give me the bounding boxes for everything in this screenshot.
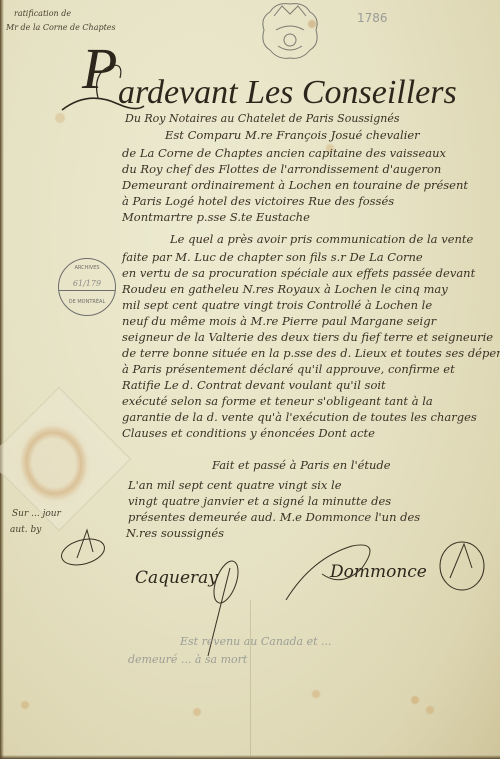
pencil-note-line-2: demeuré ... à sa mort xyxy=(128,654,247,665)
signature-flourish-icon xyxy=(282,538,492,608)
body-line: Fait et passé à Paris en l'étude xyxy=(212,460,391,472)
paper-fold xyxy=(250,600,251,759)
year-annotation: 1786 xyxy=(357,12,388,24)
body-line: Ratifie Le d. Contrat devant voulant qu'… xyxy=(122,380,386,392)
stamp-number: 61/179 xyxy=(59,279,115,288)
body-line: Le quel a près avoir pris communication … xyxy=(170,234,473,246)
stamp-divider xyxy=(59,290,115,291)
body-line: présentes demeurée aud. M.e Dommonce l'u… xyxy=(128,512,420,524)
body-line: de La Corne de Chaptes ancien capitaine … xyxy=(122,148,446,160)
archive-stamp: ARCHIVES 61/179 DE MONTRÉAL xyxy=(58,258,116,316)
body-line: neuf du même mois à M.re Pierre paul Mar… xyxy=(122,316,436,328)
body-line: à Paris Logé hotel des victoires Rue des… xyxy=(122,196,394,208)
body-line: de terre bonne située en la p.sse des d.… xyxy=(122,348,500,360)
body-line: L'an mil sept cent quatre vingt six le xyxy=(128,480,342,492)
body-line: faite par M. Luc de chapter son fils s.r… xyxy=(122,252,423,264)
pencil-note-line-1: Est revenu au Canada et ... xyxy=(180,636,332,647)
body-line: du Roy chef des Flottes de l'arrondissem… xyxy=(122,164,441,176)
title-flourish-icon xyxy=(58,60,148,115)
subtitle: Du Roy Notaires au Chatelet de Paris Sou… xyxy=(125,113,400,124)
margin-note-top-line-1: ratification de xyxy=(14,10,71,18)
embossed-seal-icon xyxy=(254,0,326,62)
document-title: ardevant Les Conseillers xyxy=(118,76,457,110)
document-page: ratification de Mr de la Corne de Chapte… xyxy=(0,0,500,759)
page-edge-left xyxy=(0,0,4,759)
stamp-top-text: ARCHIVES xyxy=(59,265,115,271)
margin-note-top-line-2: Mr de la Corne de Chaptes xyxy=(6,24,116,32)
body-line: Demeurant ordinairement à Lochen en tour… xyxy=(122,180,468,192)
paraph-flourish-icon xyxy=(55,522,125,572)
body-line: Roudeu en gatheleu N.res Royaux à Lochen… xyxy=(122,284,448,296)
margin-note-left-line-1: Sur ... jour xyxy=(12,510,61,519)
body-line: en vertu de sa procuration spéciale aux … xyxy=(122,268,475,280)
body-line: Clauses et conditions y énoncées Dont ac… xyxy=(122,428,375,440)
stamp-bottom-text: DE MONTRÉAL xyxy=(59,299,115,305)
body-line: seigneur de la Valterie des deux tiers d… xyxy=(122,332,493,344)
body-line: à Paris présentement déclaré qu'il appro… xyxy=(122,364,455,376)
body-line: vingt quatre janvier et a signé la minut… xyxy=(128,496,391,508)
body-line: mil sept cent quatre vingt trois Control… xyxy=(122,300,432,312)
body-line: Est Comparu M.re François Josué chevalie… xyxy=(165,130,420,142)
margin-note-left-line-2: aut. by xyxy=(10,526,41,535)
wax-seal-icon xyxy=(7,412,101,515)
body-line: Montmartre p.sse S.te Eustache xyxy=(122,212,310,224)
body-line: N.res soussignés xyxy=(126,528,224,540)
body-line: exécuté selon sa forme et teneur s'oblig… xyxy=(122,396,433,408)
body-line: garantie de la d. vente qu'à l'exécution… xyxy=(122,412,477,424)
